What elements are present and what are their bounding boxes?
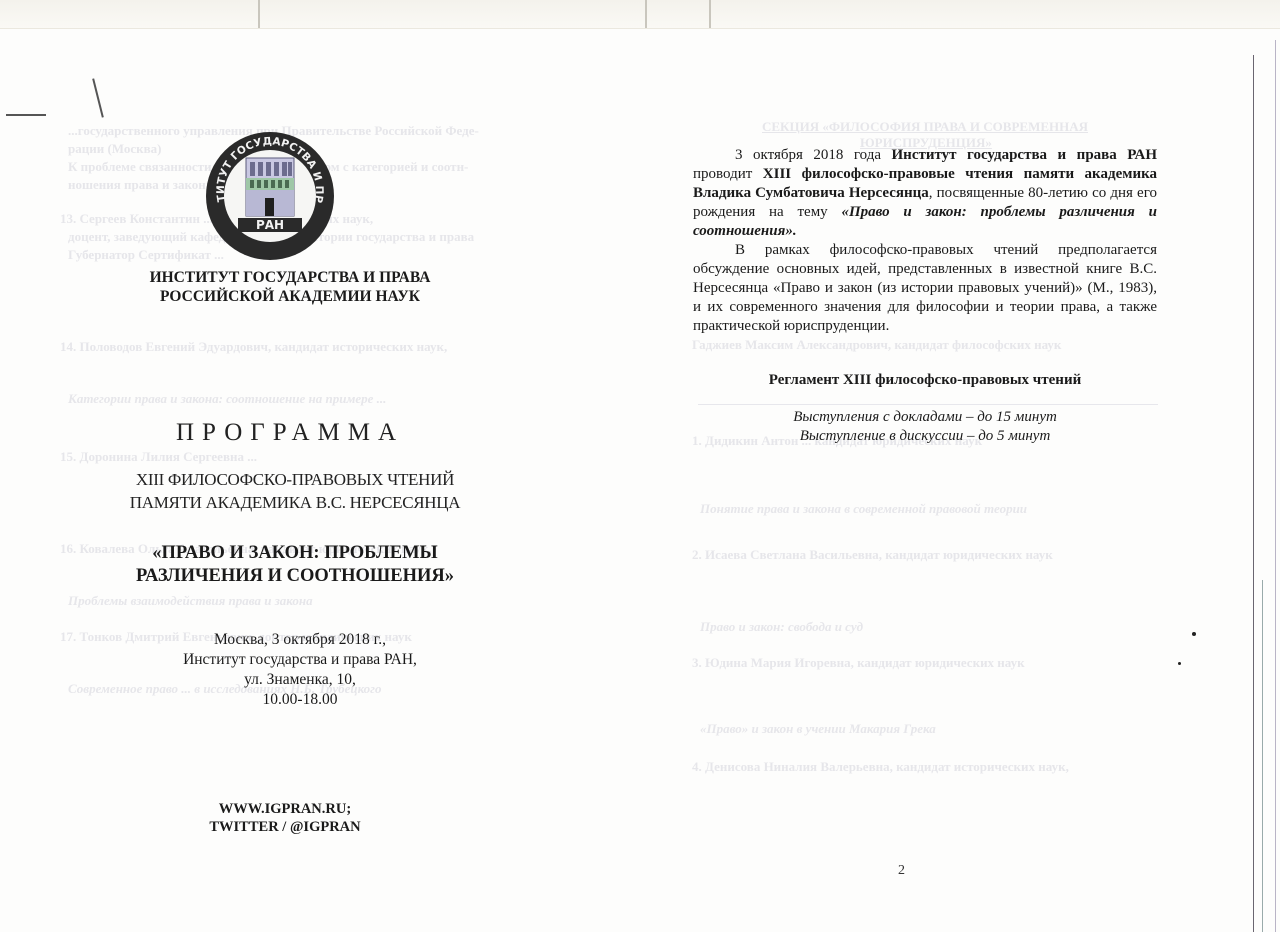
bleed-through-text: Понятие права и закона в современной пра… [700, 500, 1027, 518]
venue-line: Институт государства и права РАН, [130, 650, 470, 670]
fold-mark [258, 0, 260, 28]
bleed-through-text: 3. Юдина Мария Игоревна, кандидат юридич… [692, 654, 1025, 672]
twitter-handle: TWITTER / @IGPRAN [140, 818, 430, 836]
intro-paragraph-2: В рамках философско-правовых чтений пред… [693, 241, 1157, 336]
bleed-through-text: Губернатор Сертификат ... [68, 246, 224, 264]
fold-mark [645, 0, 647, 28]
scan-mark [92, 78, 104, 117]
text-span: 3 октября 2018 года [735, 147, 892, 163]
scan-speck [1178, 662, 1181, 665]
event-subtitle: XIII ФИЛОСОФСКО-ПРАВОВЫХ ЧТЕНИЙ ПАМЯТИ А… [80, 468, 510, 514]
page-edge-line [1275, 40, 1276, 932]
bleed-through-text: Право и закон: свобода и суд [700, 618, 863, 636]
bleed-through-text: рации (Москва) [68, 140, 162, 158]
bleed-through-text: 14. Половодов Евгений Эдуардович, кандид… [60, 338, 447, 356]
bleed-through-text: Категории права и закона: соотношение на… [68, 390, 386, 408]
theme-line: «ПРАВО И ЗАКОН: ПРОБЛЕМЫ [100, 542, 490, 565]
institute-title: ИНСТИТУТ ГОСУДАРСТВА И ПРАВА РОССИЙСКОЙ … [130, 268, 450, 306]
bleed-through-text: Проблемы взаимодействия права и закона [68, 592, 313, 610]
institute-title-line: РОССИЙСКОЙ АКАДЕМИИ НАУК [130, 287, 450, 306]
text-span: проводит [693, 166, 763, 182]
bleed-through-text: 15. Доронина Лилия Сергеевна ... [60, 448, 257, 466]
page-edge-line [1262, 580, 1263, 932]
svg-text:РАН: РАН [256, 218, 284, 232]
event-theme: «ПРАВО И ЗАКОН: ПРОБЛЕМЫ РАЗЛИЧЕНИЯ И СО… [100, 542, 490, 588]
scan-speck [1192, 632, 1196, 636]
intro-text: 3 октября 2018 года Институт государства… [693, 146, 1157, 336]
scan-mark [6, 114, 46, 116]
contact-links: WWW.IGPRAN.RU; TWITTER / @IGPRAN [140, 800, 430, 836]
bleed-through-text: 2. Исаева Светлана Васильевна, кандидат … [692, 546, 1053, 564]
venue-line: ул. Знаменка, 10, [130, 670, 470, 690]
reglament-title: Регламент XIII философско-правовых чтени… [693, 372, 1157, 389]
page-number: 2 [898, 863, 905, 879]
reglament-item: Выступление в дискуссии – до 5 минут [693, 427, 1157, 446]
programma-heading: ПРОГРАММА [100, 418, 480, 448]
intro-paragraph-1: 3 октября 2018 года Институт государства… [693, 146, 1157, 241]
subtitle-line: ПАМЯТИ АКАДЕМИКА В.С. НЕРСЕСЯНЦА [80, 491, 510, 514]
institute-name: Институт государства и права РАН [892, 147, 1158, 163]
event-venue: Москва, 3 октября 2018 г., Институт госу… [130, 630, 470, 710]
theme-line: РАЗЛИЧЕНИЯ И СООТНОШЕНИЯ» [100, 565, 490, 588]
bleed-through-text: Гаджиев Максим Александрович, кандидат ф… [692, 336, 1061, 354]
institute-seal-icon: ИНСТИТУТ ГОСУДАРСТВА И ПРАВА РАН [204, 130, 336, 262]
fold-mark [709, 0, 711, 28]
scanner-top-strip [0, 0, 1280, 29]
bleed-through-text: ношения права и закона [68, 176, 212, 194]
bleed-through-text: «Право» и закон в учении Макария Грека [700, 720, 936, 738]
website-link: WWW.IGPRAN.RU; [140, 800, 430, 818]
subtitle-line: XIII ФИЛОСОФСКО-ПРАВОВЫХ ЧТЕНИЙ [80, 468, 510, 491]
page-edge-line [1253, 55, 1254, 932]
venue-line: 10.00-18.00 [130, 690, 470, 710]
institute-title-line: ИНСТИТУТ ГОСУДАРСТВА И ПРАВА [130, 268, 450, 287]
bleed-through-text: 4. Денисова Ниналия Валерьевна, кандидат… [692, 758, 1069, 776]
reglament-item: Выступления с докладами – до 15 минут [693, 408, 1157, 427]
reglament-list: Выступления с докладами – до 15 минут Вы… [693, 408, 1157, 446]
divider [698, 404, 1158, 405]
venue-line: Москва, 3 октября 2018 г., [130, 630, 470, 650]
bleed-through-text: СЕКЦИЯ «ФИЛОСОФИЯ ПРАВА И СОВРЕМЕННАЯ [762, 118, 1088, 136]
